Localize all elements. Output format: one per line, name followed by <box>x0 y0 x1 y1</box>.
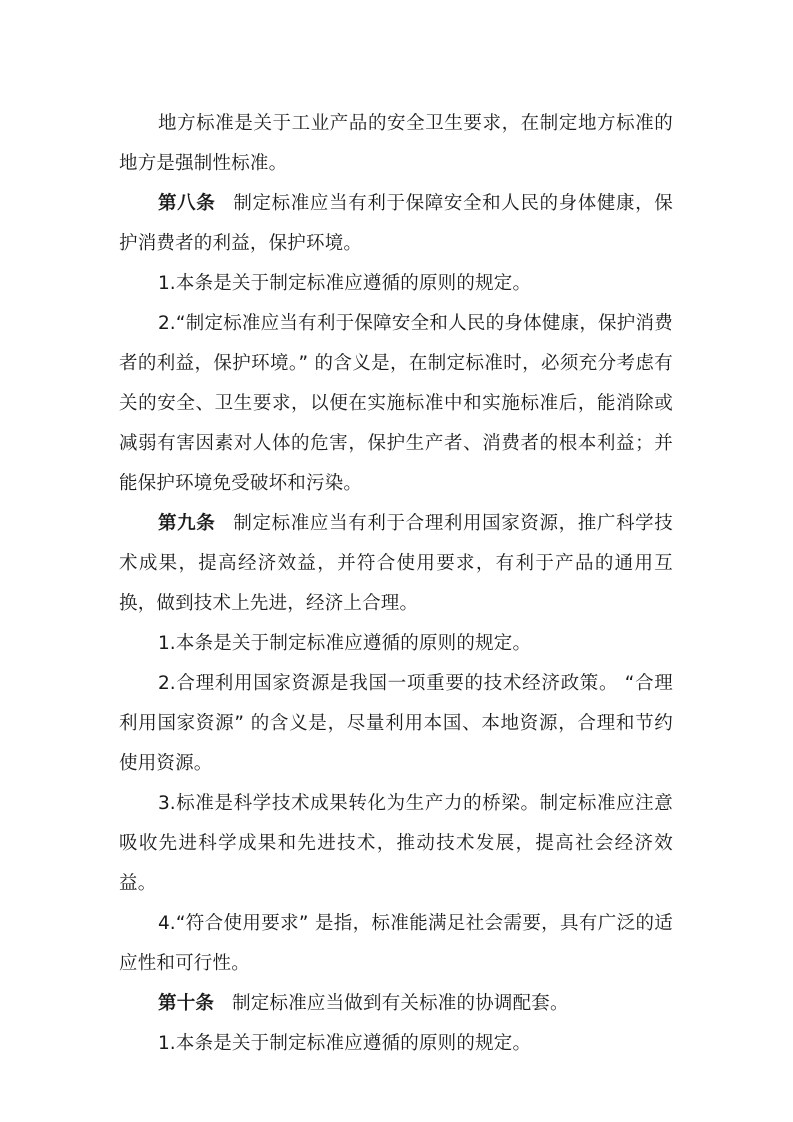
item-text: 本条是关于制定标准应遵循的原则的规定。 <box>176 1033 531 1054</box>
article-8-item-2: 2.“制定标准应当有利于保障安全和人民的身体健康，保护消费者的利益，保护环境。”… <box>119 304 673 504</box>
item-number: 3 <box>158 793 170 814</box>
item-text: 合理利用国家资源是我国一项重要的技术经济政策。 “合理利用国家资源” 的含义是，… <box>119 673 673 774</box>
item-number: 4 <box>158 913 170 934</box>
item-text: 本条是关于制定标准应遵循的原则的规定。 <box>176 273 531 294</box>
item-number: 2 <box>158 673 170 694</box>
item-text: “符合使用要求” 是指，标准能满足社会需要，具有广泛的适应性和可行性。 <box>119 913 673 974</box>
item-text: “制定标准应当有利于保障安全和人民的身体健康，保护消费者的利益，保护环境。” 的… <box>119 313 673 494</box>
article-8: 第八条制定标准应当有利于保障安全和人民的身体健康，保护消费者的利益，保护环境。 <box>119 184 673 264</box>
item-text: 本条是关于制定标准应遵循的原则的规定。 <box>176 633 531 654</box>
article-label: 第八条 <box>158 193 215 214</box>
item-number: 1 <box>158 633 170 654</box>
document-page: 地方标准是关于工业产品的安全卫生要求，在制定地方标准的地方是强制性标准。 第八条… <box>119 104 673 1064</box>
item-number: 2 <box>158 313 170 334</box>
article-9-item-4: 4.“符合使用要求” 是指，标准能满足社会需要，具有广泛的适应性和可行性。 <box>119 904 673 984</box>
article-label: 第十条 <box>158 993 214 1014</box>
paragraph-text: 地方标准是关于工业产品的安全卫生要求，在制定地方标准的地方是强制性标准。 <box>119 113 673 174</box>
paragraph-local-standard: 地方标准是关于工业产品的安全卫生要求，在制定地方标准的地方是强制性标准。 <box>119 104 673 184</box>
article-9-item-3: 3.标准是科学技术成果转化为生产力的桥梁。制定标准应注意吸收先进科学成果和先进技… <box>119 784 673 904</box>
item-number: 1 <box>158 1033 170 1054</box>
item-text: 标准是科学技术成果转化为生产力的桥梁。制定标准应注意吸收先进科学成果和先进技术，… <box>119 793 673 894</box>
article-9-item-1: 1.本条是关于制定标准应遵循的原则的规定。 <box>119 624 673 664</box>
article-9-item-2: 2.合理利用国家资源是我国一项重要的技术经济政策。 “合理利用国家资源” 的含义… <box>119 664 673 784</box>
article-9: 第九条制定标准应当有利于合理利用国家资源，推广科学技术成果，提高经济效益，并符合… <box>119 504 673 624</box>
article-label: 第九条 <box>158 513 215 534</box>
article-10-item-1: 1.本条是关于制定标准应遵循的原则的规定。 <box>119 1024 673 1064</box>
article-10: 第十条制定标准应当做到有关标准的协调配套。 <box>119 984 673 1024</box>
item-number: 1 <box>158 273 170 294</box>
article-text: 制定标准应当做到有关标准的协调配套。 <box>232 993 569 1014</box>
article-8-item-1: 1.本条是关于制定标准应遵循的原则的规定。 <box>119 264 673 304</box>
